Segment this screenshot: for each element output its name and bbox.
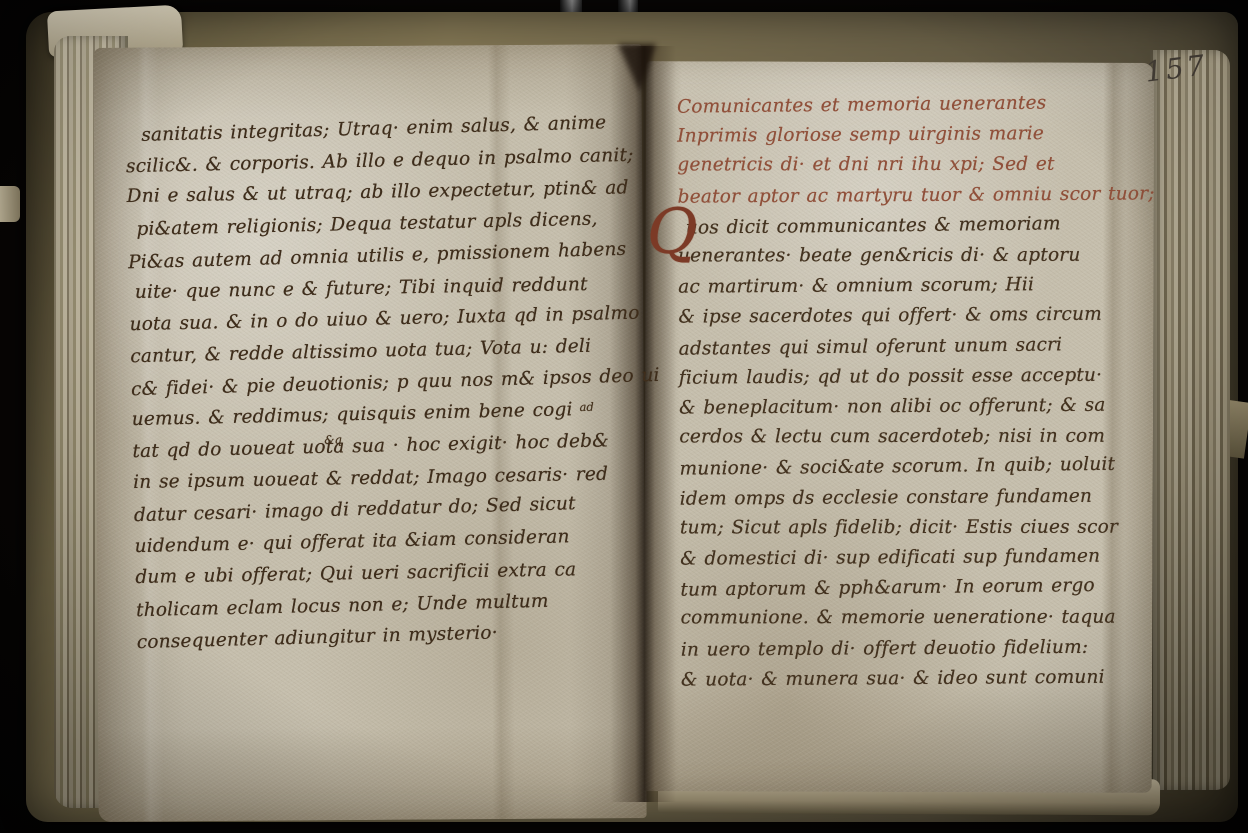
right-page-text: Comunicantes et memoria uenerantes Inpri…: [677, 88, 1155, 695]
manuscript-line: & ipse sacerdotes qui offert· & oms circ…: [678, 300, 1152, 334]
interlinear-note: ad: [579, 392, 594, 424]
manuscript-line: adstantes qui simul oferunt unum sacri: [679, 329, 1153, 365]
interlinear-note: &q: [324, 424, 342, 456]
manuscript-line: munione· & soci&ate scorum. In quib; uol…: [679, 450, 1153, 486]
manuscript-line: & beneplacitum· non alibi oc offerunt; &…: [679, 390, 1153, 424]
rubricated-initial-q: Q: [647, 202, 698, 262]
manuscript-line: communione. & memorie ueneratione· taqua: [681, 603, 1155, 634]
gutter-notch: [618, 44, 656, 92]
manuscript-line: & domestici di· sup edificati sup fundam…: [680, 541, 1154, 575]
left-page-text: sanitatis integritas; Utraq· enim salus,…: [125, 109, 595, 658]
manuscript-photo: 157 sanitatis integritas; Utraq· enim sa…: [0, 0, 1248, 833]
manuscript-line: cerdos & lectu cum sacerdoteb; nisi in c…: [679, 422, 1153, 453]
manuscript-line: in uero templo di· offert deuotio fideli…: [681, 632, 1155, 666]
manuscript-line: uos dicit communicantes & memoriam: [678, 208, 1152, 244]
rubric-line: genetricis di· et dni nri ihu xpi; Sed e…: [677, 150, 1151, 181]
manuscript-line: idem omps ds ecclesie constare fundamen: [680, 481, 1154, 515]
manuscript-line: tum aptorum & pph&arum· In eorum ergo: [680, 571, 1154, 607]
right-page-edges: [1150, 50, 1230, 790]
manuscript-line: ficium laudis; qd ut do possit esse acce…: [679, 360, 1153, 394]
manuscript-line: uenerantes· beate gen&ricis di· & aptoru: [678, 241, 1152, 272]
manuscript-line: tum; Sicut apls fidelib; dicit· Estis ci…: [680, 512, 1154, 543]
left-clasp-strap: [0, 186, 20, 222]
manuscript-line: & uota· & munera sua· & ideo sunt comuni: [681, 662, 1155, 696]
rubric-line: Comunicantes et memoria uenerantes: [677, 87, 1151, 123]
rubric-line: Inprimis gloriose semp uirginis marie: [677, 119, 1151, 153]
rubric-line: beator aptor ac martyru tuor & omniu sco…: [678, 179, 1152, 213]
manuscript-line: ac martirum· & omnium scorum; Hii: [678, 270, 1152, 304]
